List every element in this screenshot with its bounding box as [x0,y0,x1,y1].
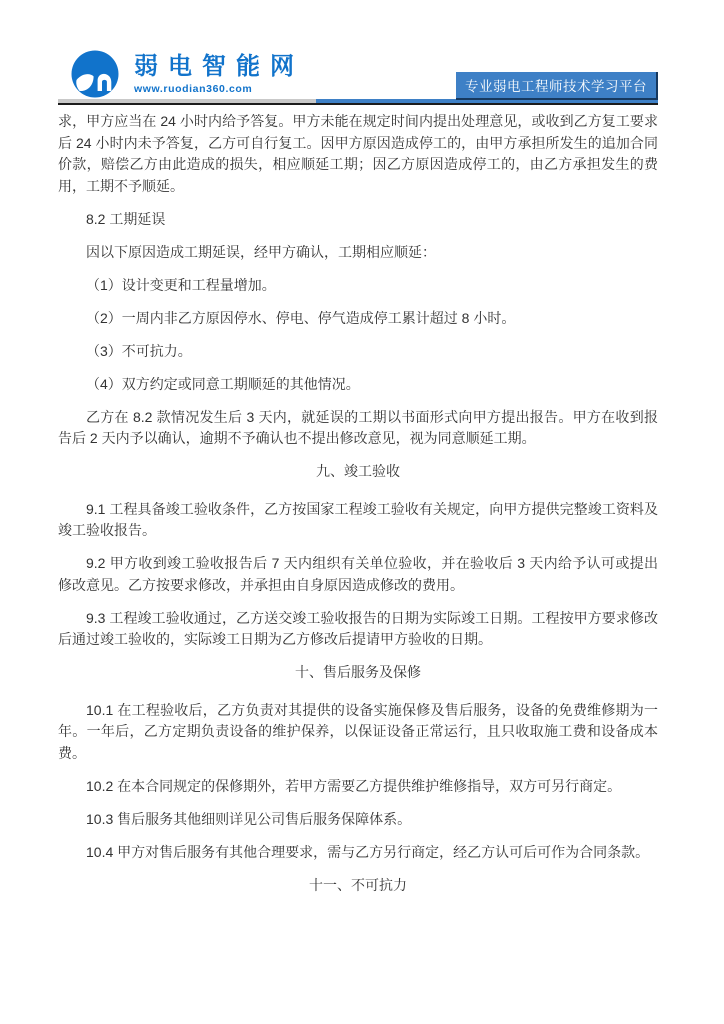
section-heading: 九、竣工验收 [58,461,658,483]
tagline-badge: 专业弱电工程师技术学习平台 [456,72,658,100]
paragraph: 10.2 在本合同规定的保修期外，若甲方需要乙方提供维护维修指导，双方可另行商定… [58,776,658,798]
ruodian-logo-icon [70,50,120,98]
paragraph: （3）不可抗力。 [58,341,658,363]
document-page: 弱电智能网 www.ruodian360.com 专业弱电工程师技术学习平台 求… [0,0,724,1024]
site-logo-text: 弱电智能网 www.ruodian360.com [134,50,304,95]
section-heading: 十一、不可抗力 [58,875,658,897]
paragraph: 乙方在 8.2 款情况发生后 3 天内，就延误的工期以书面形式向甲方提出报告。甲… [58,407,658,450]
paragraph: （4）双方约定或同意工期顺延的其他情况。 [58,374,658,396]
paragraph: （1）设计变更和工程量增加。 [58,275,658,297]
paragraph: 求，甲方应当在 24 小时内给予答复。甲方未能在规定时间内提出处理意见，或收到乙… [58,111,658,197]
paragraph: 9.1 工程具备竣工验收条件，乙方按国家工程竣工验收有关规定，向甲方提供完整竣工… [58,499,658,542]
paragraph: 9.3 工程竣工验收通过，乙方送交竣工验收报告的日期为实际竣工日期。工程按甲方要… [58,608,658,651]
document-body: 求，甲方应当在 24 小时内给予答复。甲方未能在规定时间内提出处理意见，或收到乙… [58,111,658,912]
section-heading: 十、售后服务及保修 [58,662,658,684]
site-url: www.ruodian360.com [134,83,304,95]
paragraph: （2）一周内非乙方原因停水、停电、停气造成停工累计超过 8 小时。 [58,308,658,330]
header-rule-line [58,103,658,105]
paragraph: 10.3 售后服务其他细则详见公司售后服务保障体系。 [58,809,658,831]
site-name: 弱电智能网 [134,54,304,80]
paragraph: 10.1 在工程验收后，乙方负责对其提供的设备实施保修及售后服务，设备的免费维修… [58,700,658,765]
paragraph: 9.2 甲方收到竣工验收报告后 7 天内组织有关单位验收，并在验收后 3 天内给… [58,553,658,596]
paragraph: 10.4 甲方对售后服务有其他合理要求，需与乙方另行商定，经乙方认可后可作为合同… [58,842,658,864]
paragraph: 因以下原因造成工期延误，经甲方确认，工期相应顺延： [58,242,658,264]
site-logo[interactable]: 弱电智能网 www.ruodian360.com [70,50,304,98]
paragraph: 8.2 工期延误 [58,209,658,231]
